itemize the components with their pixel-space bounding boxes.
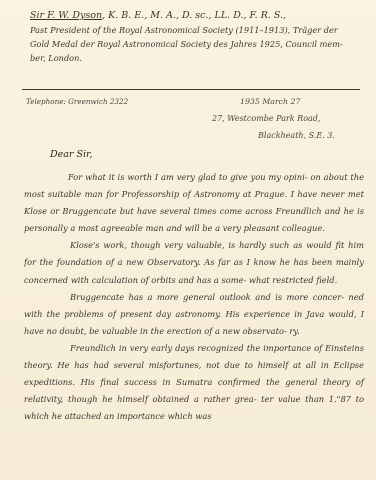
- letter-date: 1935 March 27: [240, 97, 300, 106]
- letterhead-line-3: Gold Medal der Royal Astronomical Societ…: [30, 37, 365, 51]
- paragraph-1: For what it is worth I am very glad to g…: [24, 169, 364, 237]
- letter-page: Sir F. W. Dyson, K. B. E., M. A., D. sc.…: [0, 0, 376, 480]
- salutation: Dear Sir,: [50, 149, 93, 160]
- address-line-2: Blackheath, S.E. 3.: [258, 131, 335, 140]
- header-divider: [22, 89, 360, 90]
- paragraph-3: Bruggencate has a more general outlook a…: [24, 289, 364, 340]
- letterhead-line-4: ber, London.: [30, 51, 365, 65]
- letterhead: Sir F. W. Dyson, K. B. E., M. A., D. sc.…: [30, 8, 365, 65]
- telephone: Telephone: Greenwich 2322: [26, 97, 128, 106]
- letterhead-line-1: Sir F. W. Dyson, K. B. E., M. A., D. sc.…: [30, 8, 365, 23]
- address-line-1: 27, Westcombe Park Road,: [212, 114, 320, 123]
- sender-titles: , K. B. E., M. A., D. sc., LL. D., F. R.…: [102, 10, 286, 21]
- paragraph-2: Klose's work, though very valuable, is h…: [24, 237, 364, 288]
- letterhead-line-2: Past President of the Royal Astronomical…: [30, 23, 365, 37]
- sender-name: Sir F. W. Dyson: [30, 10, 102, 21]
- paragraph-4: Freundlich in very early days recognized…: [24, 340, 364, 425]
- letter-body: For what it is worth I am very glad to g…: [24, 169, 364, 425]
